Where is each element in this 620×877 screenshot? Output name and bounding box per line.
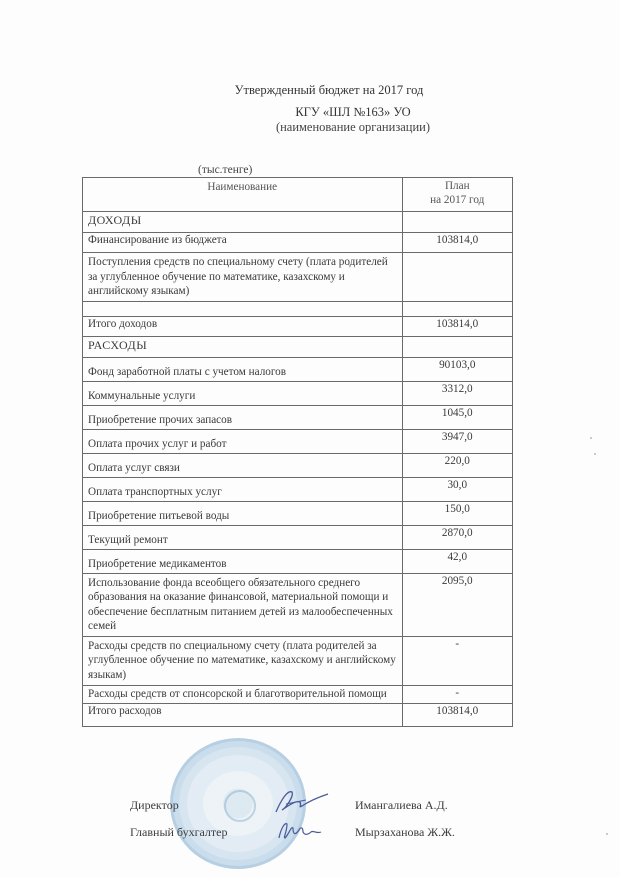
organization-name: КГУ «ШЛ №163» УО bbox=[0, 105, 620, 120]
table-row: Использование фонда всеобщего обязательн… bbox=[83, 573, 513, 636]
expenses-total-label: Итого расходов bbox=[83, 703, 403, 726]
director-signature-icon bbox=[272, 788, 332, 816]
column-header-plan-line1: План bbox=[445, 180, 470, 192]
row-name: Оплата транспортных услуг bbox=[83, 477, 403, 501]
income-total-label: Итого доходов bbox=[83, 316, 403, 336]
table-header-row: Наименование План на 2017 год bbox=[83, 178, 513, 212]
table-row: Фонд заработной платы с учетом налогов 9… bbox=[83, 357, 513, 381]
row-value: 30,0 bbox=[402, 477, 513, 501]
row-name: Приобретение медикаментов bbox=[83, 549, 403, 573]
units-label: (тыс.тенге) bbox=[198, 164, 252, 176]
seal-emblem-icon bbox=[224, 790, 256, 822]
row-value: 3312,0 bbox=[402, 381, 513, 405]
expenses-total-value: 103814,0 bbox=[402, 703, 513, 726]
income-total-row: Итого доходов 103814,0 bbox=[83, 316, 513, 336]
accountant-label: Главный бухгалтер bbox=[130, 825, 227, 840]
expenses-total-row: Итого расходов 103814,0 bbox=[83, 703, 513, 726]
column-header-plan-line2: на 2017 год bbox=[430, 194, 484, 206]
column-header-plan: План на 2017 год bbox=[402, 178, 513, 212]
accountant-signature-icon bbox=[275, 818, 325, 844]
row-value: 220,0 bbox=[402, 453, 513, 477]
table-row: Поступления средств по специальному счет… bbox=[83, 253, 513, 302]
table-row: Расходы средств по специальному счету (п… bbox=[83, 636, 513, 685]
column-header-name: Наименование bbox=[83, 178, 403, 212]
row-value: - bbox=[402, 636, 513, 685]
income-section-row: ДОХОДЫ bbox=[83, 212, 513, 233]
row-name: Поступления средств по специальному счет… bbox=[83, 253, 403, 302]
row-name: Оплата прочих услуг и работ bbox=[83, 429, 403, 453]
row-value: 2870,0 bbox=[402, 525, 513, 549]
budget-table: Наименование План на 2017 год ДОХОДЫ Фин… bbox=[82, 177, 513, 727]
table-row: Оплата транспортных услуг 30,0 bbox=[83, 477, 513, 501]
expenses-section-label: РАСХОДЫ bbox=[83, 336, 403, 357]
scan-speck bbox=[590, 437, 592, 439]
row-value: - bbox=[402, 685, 513, 703]
income-section-label: ДОХОДЫ bbox=[83, 212, 403, 233]
table-row: Приобретение прочих запасов 1045,0 bbox=[83, 405, 513, 429]
blank-cell bbox=[402, 301, 513, 316]
row-value bbox=[402, 253, 513, 302]
expenses-section-row: РАСХОДЫ bbox=[83, 336, 513, 357]
document-title: Утвержденный бюджет на 2017 год bbox=[0, 83, 620, 98]
table-row: Коммунальные услуги 3312,0 bbox=[83, 381, 513, 405]
row-value: 90103,0 bbox=[402, 357, 513, 381]
row-name: Расходы средств от спонсорской и благотв… bbox=[83, 685, 403, 703]
row-name: Финансирование из бюджета bbox=[83, 233, 403, 253]
blank-cell bbox=[83, 301, 403, 316]
scan-speck bbox=[606, 833, 608, 835]
row-value: 2095,0 bbox=[402, 573, 513, 636]
table-row: Расходы средств от спонсорской и благотв… bbox=[83, 685, 513, 703]
table-row: Оплата прочих услуг и работ 3947,0 bbox=[83, 429, 513, 453]
row-name: Фонд заработной платы с учетом налогов bbox=[83, 357, 403, 381]
row-value: 42,0 bbox=[402, 549, 513, 573]
row-value: 3947,0 bbox=[402, 429, 513, 453]
row-name: Расходы средств по специальному счету (п… bbox=[83, 636, 403, 685]
blank-row bbox=[83, 301, 513, 316]
row-value: 103814,0 bbox=[402, 233, 513, 253]
row-name: Текущий ремонт bbox=[83, 525, 403, 549]
row-name: Коммунальные услуги bbox=[83, 381, 403, 405]
income-total-value: 103814,0 bbox=[402, 316, 513, 336]
table-row: Приобретение медикаментов 42,0 bbox=[83, 549, 513, 573]
income-section-value bbox=[402, 212, 513, 233]
expenses-section-value bbox=[402, 336, 513, 357]
row-name: Использование фонда всеобщего обязательн… bbox=[83, 573, 403, 636]
table-row: Оплата услуг связи 220,0 bbox=[83, 453, 513, 477]
table-row: Приобретение питьевой воды 150,0 bbox=[83, 501, 513, 525]
organization-caption: (наименование организации) bbox=[0, 120, 620, 135]
row-value: 1045,0 bbox=[402, 405, 513, 429]
director-name: Имангалиева А.Д. bbox=[355, 798, 448, 813]
row-name: Оплата услуг связи bbox=[83, 453, 403, 477]
scanned-document-page: Утвержденный бюджет на 2017 год КГУ «ШЛ … bbox=[0, 0, 620, 877]
table-row: Текущий ремонт 2870,0 bbox=[83, 525, 513, 549]
accountant-name: Мырзаханова Ж.Ж. bbox=[355, 825, 455, 840]
row-name: Приобретение питьевой воды bbox=[83, 501, 403, 525]
scan-speck bbox=[594, 453, 596, 455]
row-value: 150,0 bbox=[402, 501, 513, 525]
table-row: Финансирование из бюджета 103814,0 bbox=[83, 233, 513, 253]
row-name: Приобретение прочих запасов bbox=[83, 405, 403, 429]
director-label: Директор bbox=[130, 798, 179, 813]
